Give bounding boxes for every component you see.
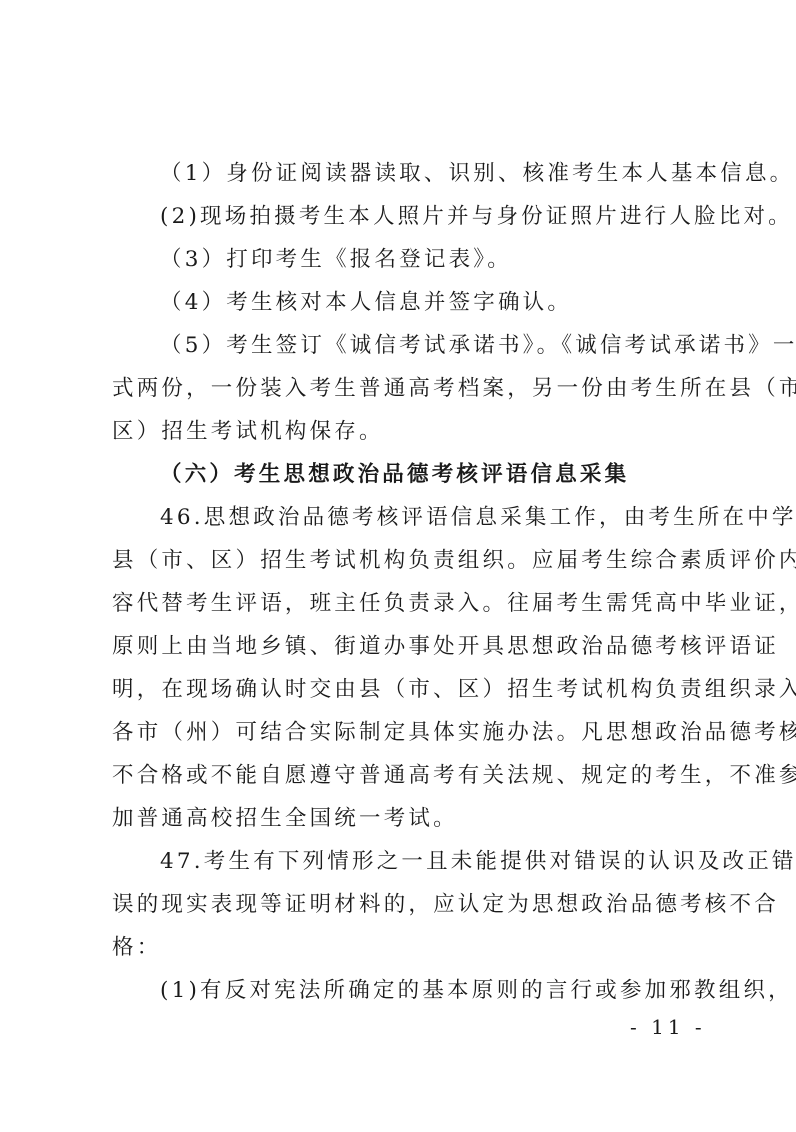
paragraph-line: 各市（州）可结合实际制定具体实施办法。凡思想政治品德考核	[112, 719, 694, 747]
list-item-4: （4）考生核对本人信息并签字确认。	[160, 289, 694, 317]
article-46-line: 46.思想政治品德考核评语信息采集工作，由考生所在中学、	[160, 504, 694, 532]
scan-speck	[736, 213, 738, 215]
article-47-line: 47.考生有下列情形之一且未能提供对错误的认识及改正错	[160, 848, 694, 876]
list-item-1: （1）身份证阅读器读取、识别、核准考生本人基本信息。	[160, 160, 694, 188]
document-page: （1）身份证阅读器读取、识别、核准考生本人基本信息。 (2)现场拍摄考生本人照片…	[0, 0, 796, 1132]
paragraph-line: 误的现实表现等证明材料的，应认定为思想政治品德考核不合	[112, 891, 694, 919]
paragraph-line: 不合格或不能自愿遵守普通高考有关法规、规定的考生，不准参	[112, 762, 694, 790]
list-item-47-1: (1)有反对宪法所确定的基本原则的言行或参加邪教组织，	[160, 977, 694, 1005]
paragraph-line: 县（市、区）招生考试机构负责组织。应届考生综合素质评价内	[112, 547, 694, 575]
list-item-3: （3）打印考生《报名登记表》。	[160, 246, 694, 274]
paragraph-line: 区）招生考试机构保存。	[112, 418, 694, 446]
paragraph-line: 格：	[112, 934, 694, 962]
page-number: - 11 -	[630, 1015, 706, 1039]
paragraph-line: 明，在现场确认时交由县（市、区）招生考试机构负责组织录入。	[112, 676, 694, 704]
list-item-2: (2)现场拍摄考生本人照片并与身份证照片进行人脸比对。	[160, 203, 694, 231]
paragraph-line: 加普通高校招生全国统一考试。	[112, 805, 694, 833]
paragraph-line: 式两份，一份装入考生普通高考档案，另一份由考生所在县（市、	[112, 375, 694, 403]
section-heading: （六）考生思想政治品德考核评语信息采集	[160, 461, 694, 489]
list-item-5: （5）考生签订《诚信考试承诺书》。《诚信考试承诺书》一	[160, 332, 694, 360]
paragraph-line: 原则上由当地乡镇、街道办事处开具思想政治品德考核评语证	[112, 633, 694, 661]
paragraph-line: 容代替考生评语，班主任负责录入。往届考生需凭高中毕业证，	[112, 590, 694, 618]
